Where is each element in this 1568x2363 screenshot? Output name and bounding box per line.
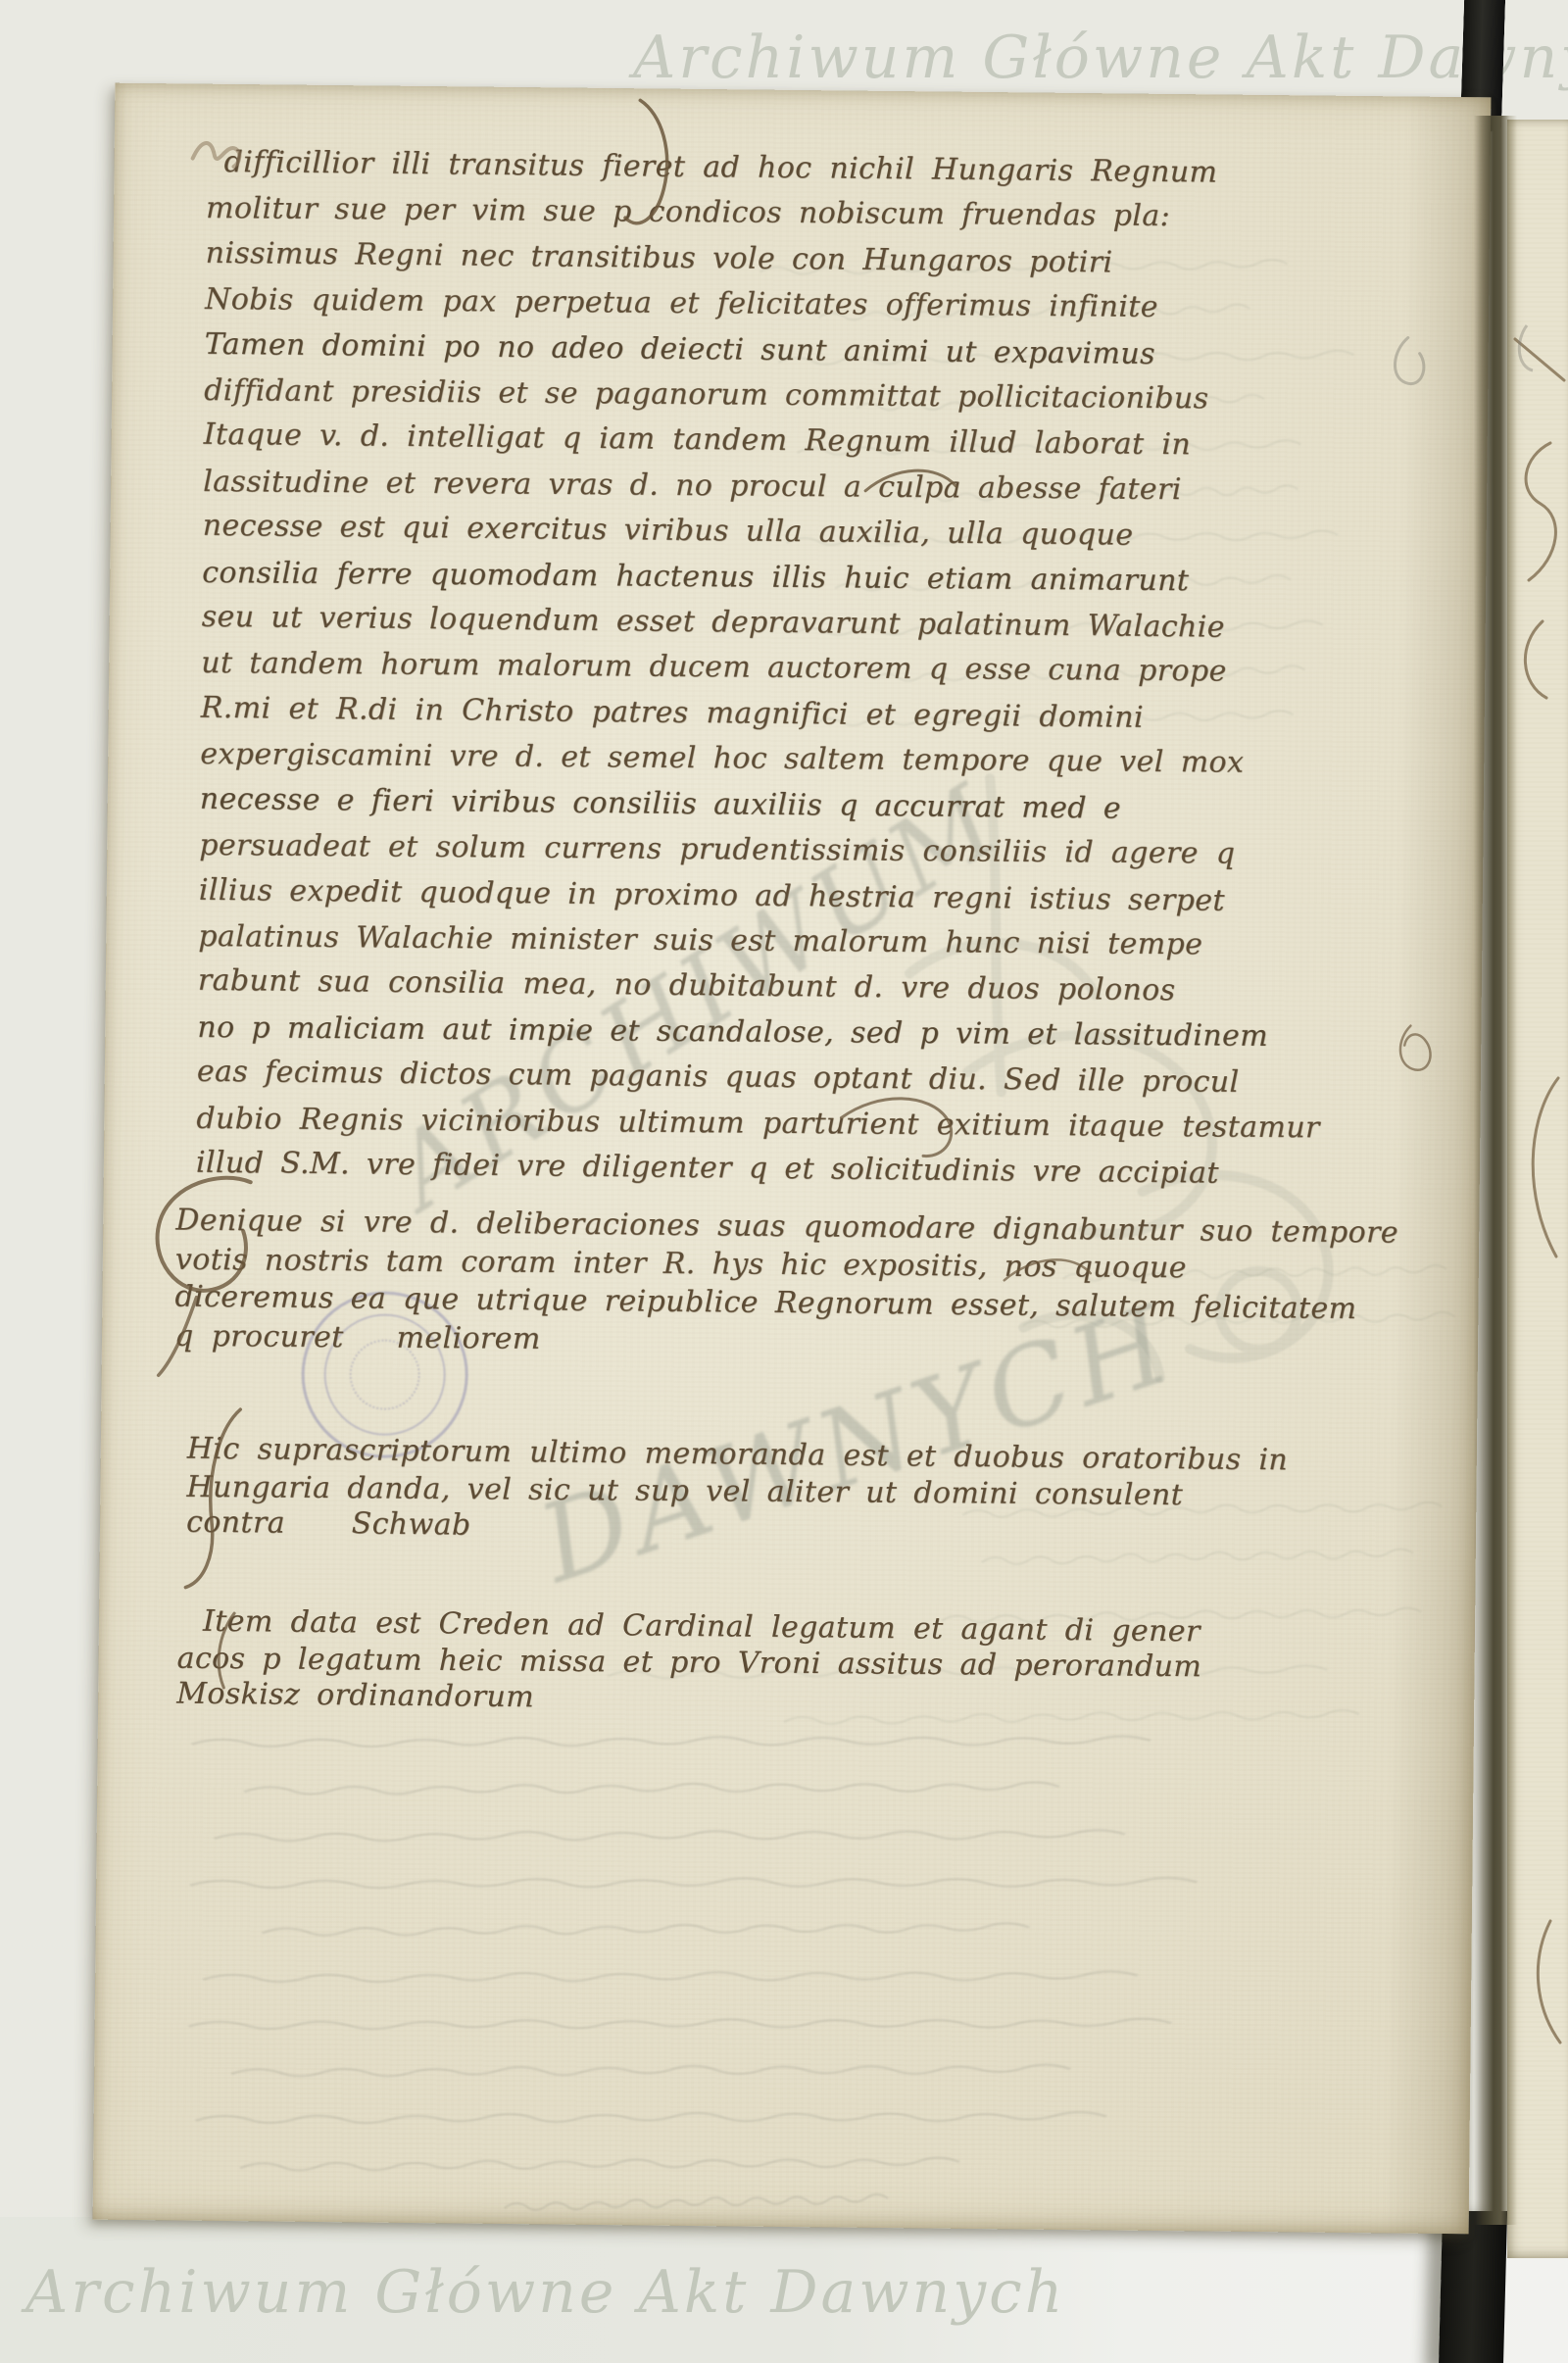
manuscript-line: palatinus Walachie minister suis est mal… bbox=[198, 914, 1322, 969]
book-gutter bbox=[1474, 116, 1517, 2225]
ghost-ink-loop bbox=[1395, 337, 1424, 383]
manuscript-paragraph: Item data est Creden ad Cardinal legatum… bbox=[176, 1602, 1202, 1722]
manuscript-line: dubio Regnis vicinioribus ultimum partur… bbox=[196, 1096, 1320, 1151]
archive-watermark-top: Archiwum Główne Akt Dawnych bbox=[633, 24, 1568, 92]
manuscript-paragraph: Hic suprascriptorum ultimo memoranda est… bbox=[186, 1431, 1288, 1552]
manuscript-line: diffidant presidiis et se paganorum comm… bbox=[204, 369, 1328, 423]
manuscript-line: no p maliciam aut impie et scandalose, s… bbox=[197, 1006, 1321, 1060]
archive-watermark-bottom: Archiwum Główne Akt Dawnych bbox=[25, 2258, 1065, 2327]
manuscript-paragraph: difficillior illi transitus fieret ad ho… bbox=[196, 140, 1331, 1198]
manuscript-line: expergiscamini vre d. et semel hoc salte… bbox=[200, 732, 1324, 787]
manuscript-paragraph: Denique si vre d. deliberaciones suas qu… bbox=[174, 1201, 1398, 1366]
manuscript-line: persuadeat et solum currens prudentissim… bbox=[199, 823, 1323, 878]
manuscript-line: Nobis quidem pax perpetua et felicitates… bbox=[205, 277, 1329, 332]
manuscript-line: consilia ferre quomodam hactenus illis h… bbox=[202, 551, 1326, 606]
bookmark-ribbon-bottom bbox=[1439, 2211, 1507, 2363]
manuscript-page: ARCHIWUM DAWNYCH difficillior illi trans… bbox=[93, 83, 1492, 2235]
manuscript-line: lassitudine et revera vras d. no procul … bbox=[203, 460, 1327, 515]
